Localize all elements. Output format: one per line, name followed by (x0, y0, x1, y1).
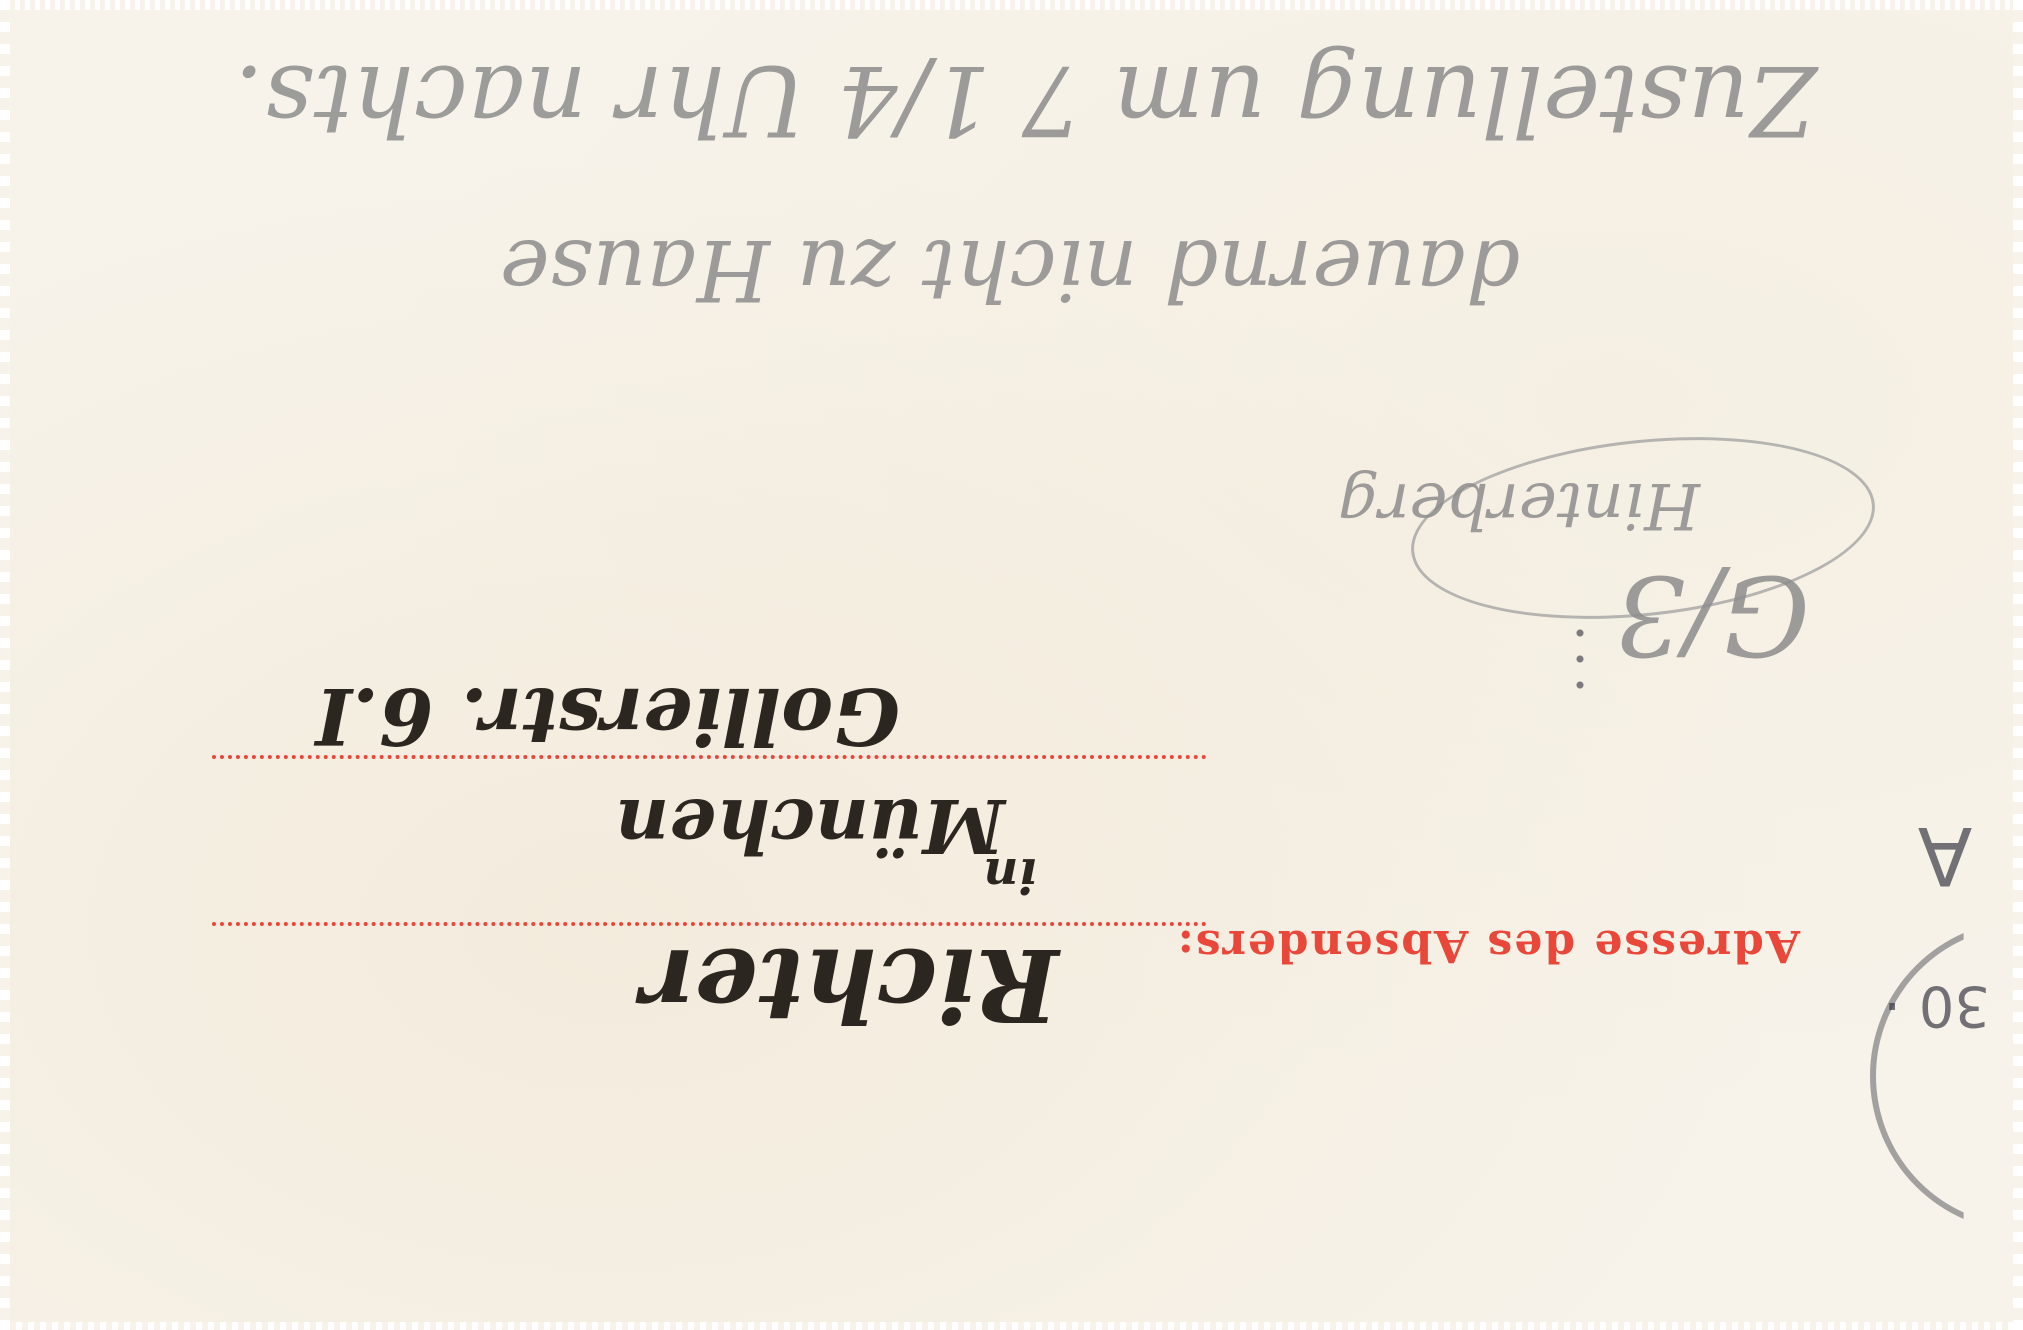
sender-address-line-1: Richter (590, 920, 1110, 1050)
printed-sender-address-label: Adresse des Absenders: (1230, 905, 1800, 985)
pencil-initials: G/3 (1640, 530, 1810, 700)
pencil-message-line-2: dauernd nicht zu Hause (520, 210, 1520, 330)
sender-address-line-3: München (600, 775, 1020, 875)
sender-address-line-2: in (970, 840, 1050, 910)
sender-address-line-4: Gollierstr. 6.I (180, 660, 900, 770)
ink-dots (1570, 620, 1590, 700)
postmark-fragment-letters: A (1900, 800, 1990, 910)
pencil-message-line-1: Zustellung um 7 1/4 Uhr nachts. (60, 30, 1990, 170)
address-dotted-line-1 (212, 755, 1207, 759)
